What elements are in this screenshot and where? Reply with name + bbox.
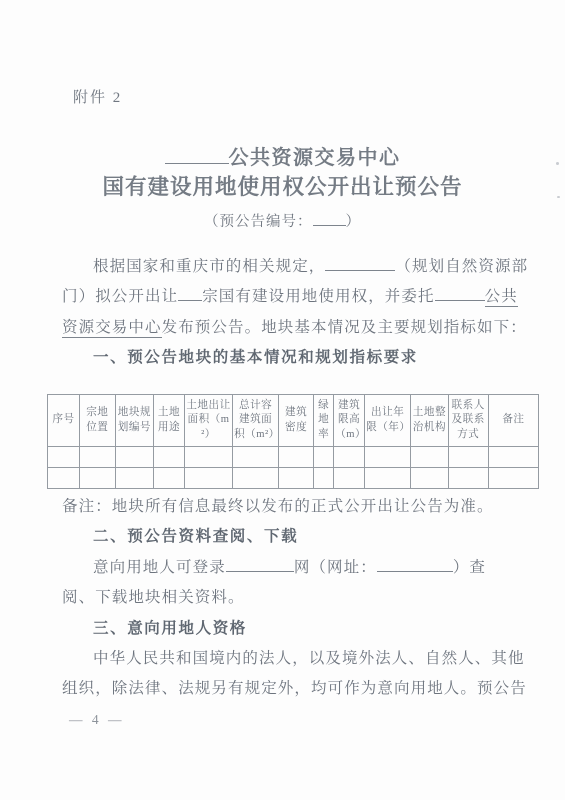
- section3-line-2: 组织，除法律、法规另有规定外，均可作为意向用地人。预公告: [47, 674, 539, 704]
- table-note-line: 备注：地块所有信息最终以发布的正式公开出让公告为准。: [47, 492, 539, 522]
- section-2-heading: 二、预公告资料查阅、下载: [47, 522, 539, 552]
- section-1-heading: 一、预公告地块的基本情况和规划指标要求: [47, 343, 539, 373]
- intro-line1-text-a: 根据国家和重庆市的相关规定，: [93, 258, 325, 275]
- subtitle-prefix: （预公告编号：: [204, 214, 313, 230]
- announcement-number-blank: [313, 211, 346, 226]
- table-empty-row: [48, 447, 539, 468]
- intro-line-2: 门）拟公开出让宗国有建设用地使用权，并委托公共: [47, 282, 539, 312]
- table-header-cell: 序号: [48, 395, 80, 447]
- intro-line1-text-b: （规划自然资源部: [395, 258, 528, 275]
- website-url-blank: [377, 556, 453, 572]
- attachment-label: 附件 2: [73, 86, 122, 107]
- title-line1-text: 公共资源交易中心: [229, 147, 401, 169]
- center-name-blank: [435, 286, 485, 302]
- table-header-cell: 土地出让面积（m²）: [184, 395, 232, 447]
- section-3-heading: 三、意向用地人资格: [47, 614, 539, 644]
- scan-speck: [556, 162, 559, 165]
- intro-line3-underlined-text: 资源交易中心: [62, 319, 162, 338]
- table-empty-row: [48, 468, 539, 489]
- title-blank-line: [165, 144, 229, 164]
- table-header-cell: 备注: [488, 395, 538, 447]
- section2-line-1: 意向用地人可登录网（网址：）查: [47, 553, 539, 583]
- intro-line-1: 根据国家和重庆市的相关规定，（规划自然资源部: [47, 252, 539, 282]
- table-header-cell: 地块规划编号: [115, 395, 153, 447]
- table-header-cell: 建筑限高（m）: [334, 395, 365, 447]
- land-parcel-table: 序号 宗地位置 地块规划编号 土地用途 土地出让面积（m²） 总计容建筑面积（m…: [47, 394, 539, 489]
- table-header-cell: 总计容建筑面积（m²）: [233, 395, 279, 447]
- page-number: — 4 —: [69, 712, 125, 728]
- table-header-cell: 宗地位置: [79, 395, 115, 447]
- parcel-count-blank: [178, 286, 202, 302]
- table-header-row: 序号 宗地位置 地块规划编号 土地用途 土地出让面积（m²） 总计容建筑面积（m…: [48, 395, 539, 447]
- website-name-blank: [226, 556, 294, 572]
- document-title-line2: 国有建设用地使用权公开出让预公告: [0, 173, 565, 201]
- document-title-block: 公共资源交易中心 国有建设用地使用权公开出让预公告 （预公告编号：）: [0, 144, 565, 231]
- table-header-cell: 土地整治机构: [411, 395, 448, 447]
- table-header-cell: 联系人及联系方式: [448, 395, 488, 447]
- document-page: 附件 2 公共资源交易中心 国有建设用地使用权公开出让预公告 （预公告编号：） …: [0, 0, 565, 800]
- document-body: 根据国家和重庆市的相关规定，（规划自然资源部 门）拟公开出让宗国有建设用地使用权…: [47, 252, 539, 705]
- document-title-line1: 公共资源交易中心: [0, 144, 565, 171]
- intro-line3-text-b: 发布预公告。地块基本情况及主要规划指标如下：: [162, 319, 527, 336]
- authority-name-blank: [325, 255, 395, 271]
- intro-line2-underlined-text: 公共: [485, 288, 518, 307]
- section2-line-2: 阅、下载地块相关资料。: [47, 583, 539, 613]
- table-header-cell: 土地用途: [154, 395, 185, 447]
- table-header-cell: 出让年限（年）: [365, 395, 411, 447]
- intro-line2-text-a: 门）拟公开出让: [62, 288, 178, 305]
- table-header-cell: 建筑密度: [279, 395, 314, 447]
- section3-line-1: 中华人民共和国境内的法人，以及境外法人、自然人、其他: [47, 644, 539, 674]
- subtitle-suffix: ）: [346, 214, 362, 230]
- section2-line1-text-b: 网（网址：: [294, 559, 377, 576]
- document-subtitle: （预公告编号：）: [0, 210, 565, 231]
- section2-line1-text-a: 意向用地人可登录: [93, 559, 226, 576]
- table-header-cell: 绿地率: [314, 395, 334, 447]
- scan-speck: [557, 196, 560, 198]
- intro-line2-text-b: 宗国有建设用地使用权，并委托: [202, 288, 434, 305]
- section2-line1-text-c: ）查: [453, 559, 486, 576]
- intro-line-3: 资源交易中心发布预公告。地块基本情况及主要规划指标如下：: [47, 313, 539, 343]
